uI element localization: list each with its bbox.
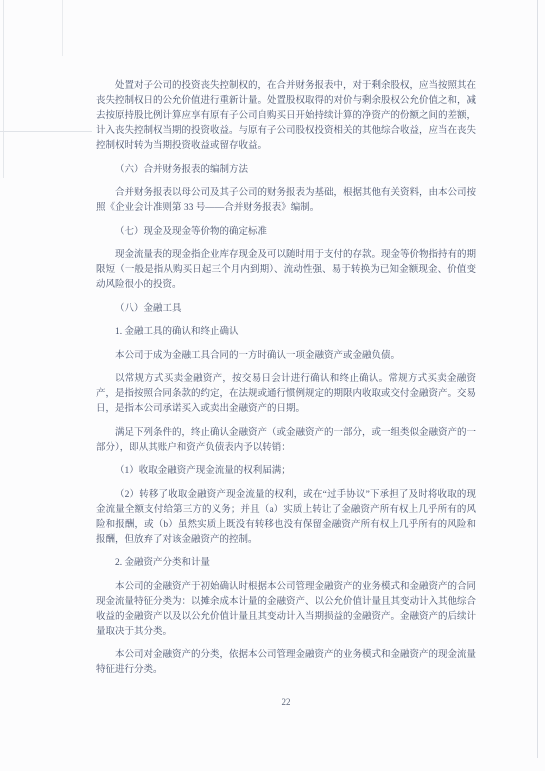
scan-fold-line <box>0 131 92 132</box>
subheading: 1. 金融工具的确认和终止确认 <box>96 325 476 340</box>
subheading: 2. 金融资产分类和计量 <box>96 556 476 571</box>
paragraph: 处置对子公司的投资丧失控制权的，在合并财务报表中，对于剩余股权，应当按照其在丧失… <box>96 79 476 154</box>
scan-edge-left-line <box>3 0 4 178</box>
document-body: 处置对子公司的投资丧失控制权的，在合并财务报表中，对于剩余股权，应当按照其在丧失… <box>96 79 476 687</box>
heading: （七）现金及现金等价物的确定标准 <box>96 225 476 240</box>
paragraph: 现金流量表的现金指企业库存现金及可以随时用于支付的存款。现金等价物指持有的期限短… <box>96 248 476 293</box>
scanned-page: 处置对子公司的投资丧失控制权的，在合并财务报表中，对于剩余股权，应当按照其在丧失… <box>0 0 545 771</box>
scan-corner-line <box>62 0 63 56</box>
page-number: 22 <box>96 697 476 707</box>
paragraph: （2）转移了收取金融资产现金流量的权利，或在“过手协议”下承担了及时将收取的现金… <box>96 488 476 548</box>
heading: （八）金融工具 <box>96 302 476 317</box>
paragraph: 合并财务报表以母公司及其子公司的财务报表为基础，根据其他有关资料，由本公司按照《… <box>96 186 476 216</box>
paragraph: 满足下列条件的，终止确认金融资产（或金融资产的一部分，或一组类似金融资产的一部分… <box>96 426 476 456</box>
scan-edge-right-line <box>537 0 538 758</box>
paragraph: 本公司于成为金融工具合同的一方时确认一项金融资产或金融负债。 <box>96 349 476 364</box>
paragraph: 本公司对金融资产的分类，依据本公司管理金融资产的业务模式和金融资产的现金流量特征… <box>96 648 476 678</box>
heading: （六）合并财务报表的编制方法 <box>96 163 476 178</box>
paragraph: （1）收取金融资产现金流量的权利届满； <box>96 464 476 479</box>
paragraph: 本公司的金融资产于初始确认时根据本公司管理金融资产的业务模式和金融资产的合同现金… <box>96 580 476 640</box>
paragraph: 以常规方式买卖金融资产，按交易日会计进行确认和终止确认。常规方式买卖金融资产，是… <box>96 372 476 417</box>
